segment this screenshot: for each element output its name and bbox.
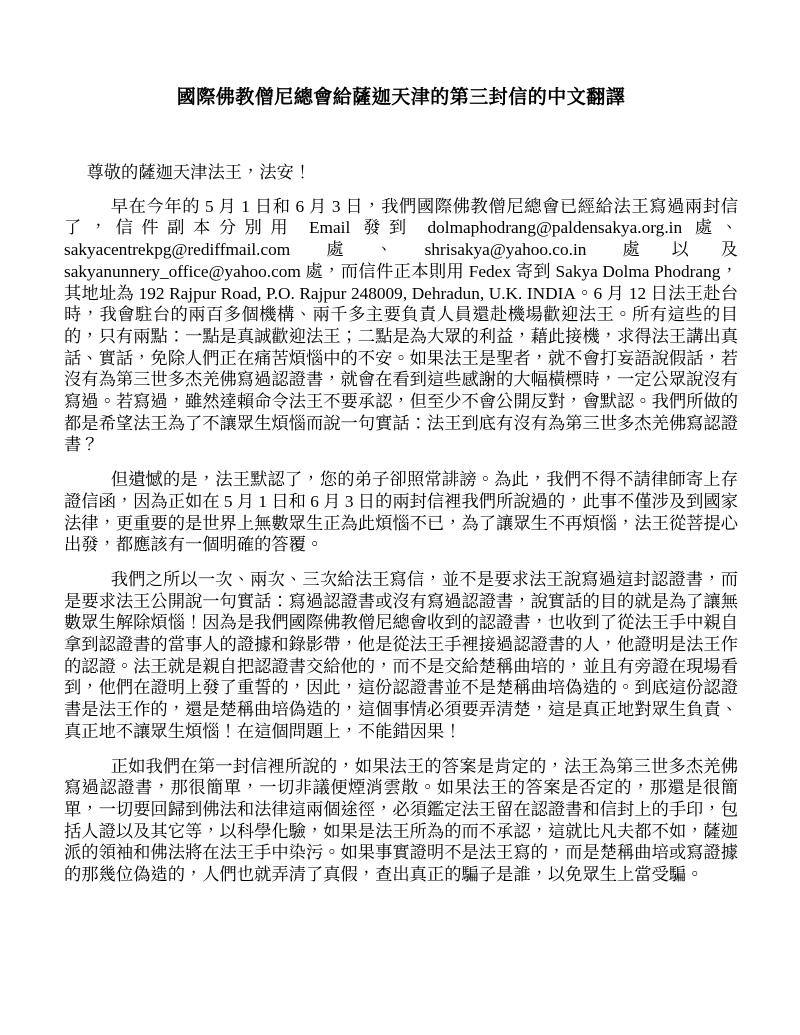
letter-paragraph-1: 早在今年的 5 月 1 日和 6 月 3 日，我們國際佛教僧尼總會已經給法王寫過… [64, 196, 738, 456]
letter-salutation: 尊敬的薩迦天津法王，法安！ [64, 162, 738, 184]
letter-paragraph-2: 但遺憾的是，法王默認了，您的弟子卻照常誹謗。為此，我們不得不請律師寄上存證信函，… [64, 469, 738, 556]
letter-paragraph-3: 我們之所以一次、兩次、三次給法王寫信，並不是要求法王說寫過這封認證書，而是要求法… [64, 569, 738, 743]
letter-paragraph-4: 正如我們在第一封信裡所說的，如果法王的答案是肯定的，法王為第三世多杰羌佛寫過認證… [64, 756, 738, 886]
letter-title: 國際佛教僧尼總會給薩迦天津的第三封信的中文翻譯 [64, 86, 738, 110]
document-page: 國際佛教僧尼總會給薩迦天津的第三封信的中文翻譯 尊敬的薩迦天津法王，法安！ 早在… [0, 0, 800, 1035]
letter-content: 國際佛教僧尼總會給薩迦天津的第三封信的中文翻譯 尊敬的薩迦天津法王，法安！ 早在… [0, 0, 800, 886]
